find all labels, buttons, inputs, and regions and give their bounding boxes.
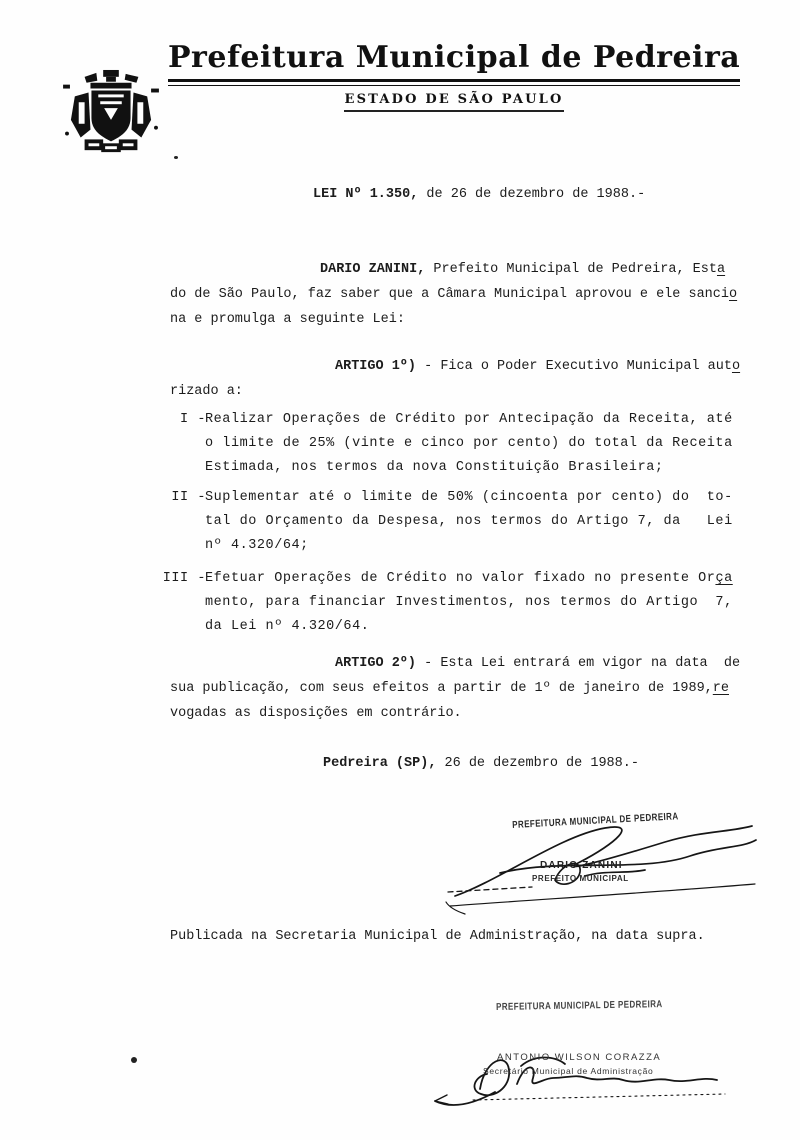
artigo1-heading: ARTIGO 1º) — [335, 359, 416, 374]
hyphen-carry: re — [713, 681, 729, 696]
item-2-line-2: tal do Orçamento da Despesa, nos termos … — [205, 513, 733, 530]
law-number: LEI Nº 1.350, — [313, 187, 418, 202]
dateline-city: Pedreira (SP), — [323, 756, 436, 771]
item-2-line-1: Suplementar até o limite de 50% (cincoen… — [205, 489, 733, 506]
preamble-line-1: DARIO ZANINI, Prefeito Municipal de Pedr… — [320, 261, 725, 278]
item-1-line-3: Estimada, nos termos da nova Constituiçã… — [205, 459, 664, 476]
signature-icon — [440, 818, 760, 928]
artigo2-line-3: vogadas as disposições em contrário. — [170, 705, 462, 722]
secretary-signature-scribble — [425, 1008, 755, 1088]
document-subtitle-wrap: ESTADO DE SÃO PAULO — [168, 90, 740, 112]
dateline: Pedreira (SP), 26 de dezembro de 1988.- — [323, 755, 639, 772]
document-title: Prefeitura Municipal de Pedreira — [168, 40, 740, 75]
artigo2-line-1: ARTIGO 2º) - Esta Lei entrará em vigor n… — [335, 655, 740, 672]
secretary-role: Secretário Municipal de Administração — [483, 1066, 653, 1076]
scan-speck — [174, 156, 178, 159]
mayor-name-inline: DARIO ZANINI, — [320, 262, 425, 277]
mayor-role: PREFEITO MUNICIPAL — [532, 874, 629, 883]
artigo2-text-2: sua publicação, com seus efeitos a parti… — [170, 681, 713, 696]
law-date: de 26 de dezembro de 1988.- — [418, 187, 645, 202]
item-1-line-2: o limite de 25% (vinte e cinco por cento… — [205, 435, 733, 452]
hyphen-carry: o — [732, 359, 740, 374]
item-3-line-1: Efetuar Operações de Crédito no valor fi… — [205, 570, 733, 587]
preamble-line-2: do de São Paulo, faz saber que a Câmara … — [170, 286, 737, 303]
mayor-name: DARIO ZANINI — [540, 860, 623, 871]
document-subtitle: ESTADO DE SÃO PAULO — [344, 92, 563, 112]
hyphen-carry: o — [729, 287, 737, 302]
item-1-text: Realizar Operações de Crédito por Anteci… — [205, 412, 733, 427]
scanned-law-document: Prefeitura Municipal de Pedreira ESTADO … — [0, 0, 800, 1140]
item-3-line-3: da Lei nº 4.320/64. — [205, 618, 369, 635]
publication-note: Publicada na Secretaria Municipal de Adm… — [170, 928, 705, 945]
artigo2-heading: ARTIGO 2º) — [335, 656, 416, 671]
preamble-line-3: na e promulga a seguinte Lei: — [170, 311, 405, 328]
ink-speck — [131, 1057, 137, 1063]
hyphen-carry: a — [717, 262, 725, 277]
title-rule-thick — [168, 79, 740, 82]
coat-of-arms-logo — [57, 33, 165, 121]
item-2-numeral: II - — [150, 489, 206, 506]
title-rule-thin — [168, 85, 740, 86]
artigo2-text: - Esta Lei entrará em vigor na data de — [416, 656, 740, 671]
item-2-text: Suplementar até o limite de 50% (cincoen… — [205, 490, 733, 505]
item-2-line-3: nº 4.320/64; — [205, 537, 309, 554]
item-1-numeral: I - — [150, 411, 206, 428]
preamble-text-2: do de São Paulo, faz saber que a Câmara … — [170, 287, 729, 302]
item-1-line-1: Realizar Operações de Crédito por Anteci… — [205, 411, 733, 428]
hyphen-carry: ça — [715, 571, 732, 586]
artigo1-text: - Fica o Poder Executivo Municipal aut — [416, 359, 732, 374]
item-3-line-2: mento, para financiar Investimentos, nos… — [205, 594, 733, 611]
law-title-line: LEI Nº 1.350, de 26 de dezembro de 1988.… — [313, 186, 645, 203]
item-3-numeral: III - — [150, 570, 206, 587]
preamble-text-1: Prefeito Municipal de Pedreira, Est — [425, 262, 717, 277]
item-3-text: Efetuar Operações de Crédito no valor fi… — [205, 571, 715, 586]
artigo1-line-1: ARTIGO 1º) - Fica o Poder Executivo Muni… — [335, 358, 740, 375]
dateline-date: 26 de dezembro de 1988.- — [436, 756, 639, 771]
coat-of-arms-icon — [57, 69, 165, 157]
secretary-name: ANTONIO WILSON CORAZZA — [497, 1052, 661, 1063]
artigo1-line-2: rizado a: — [170, 383, 243, 400]
artigo2-line-2: sua publicação, com seus efeitos a parti… — [170, 680, 729, 697]
